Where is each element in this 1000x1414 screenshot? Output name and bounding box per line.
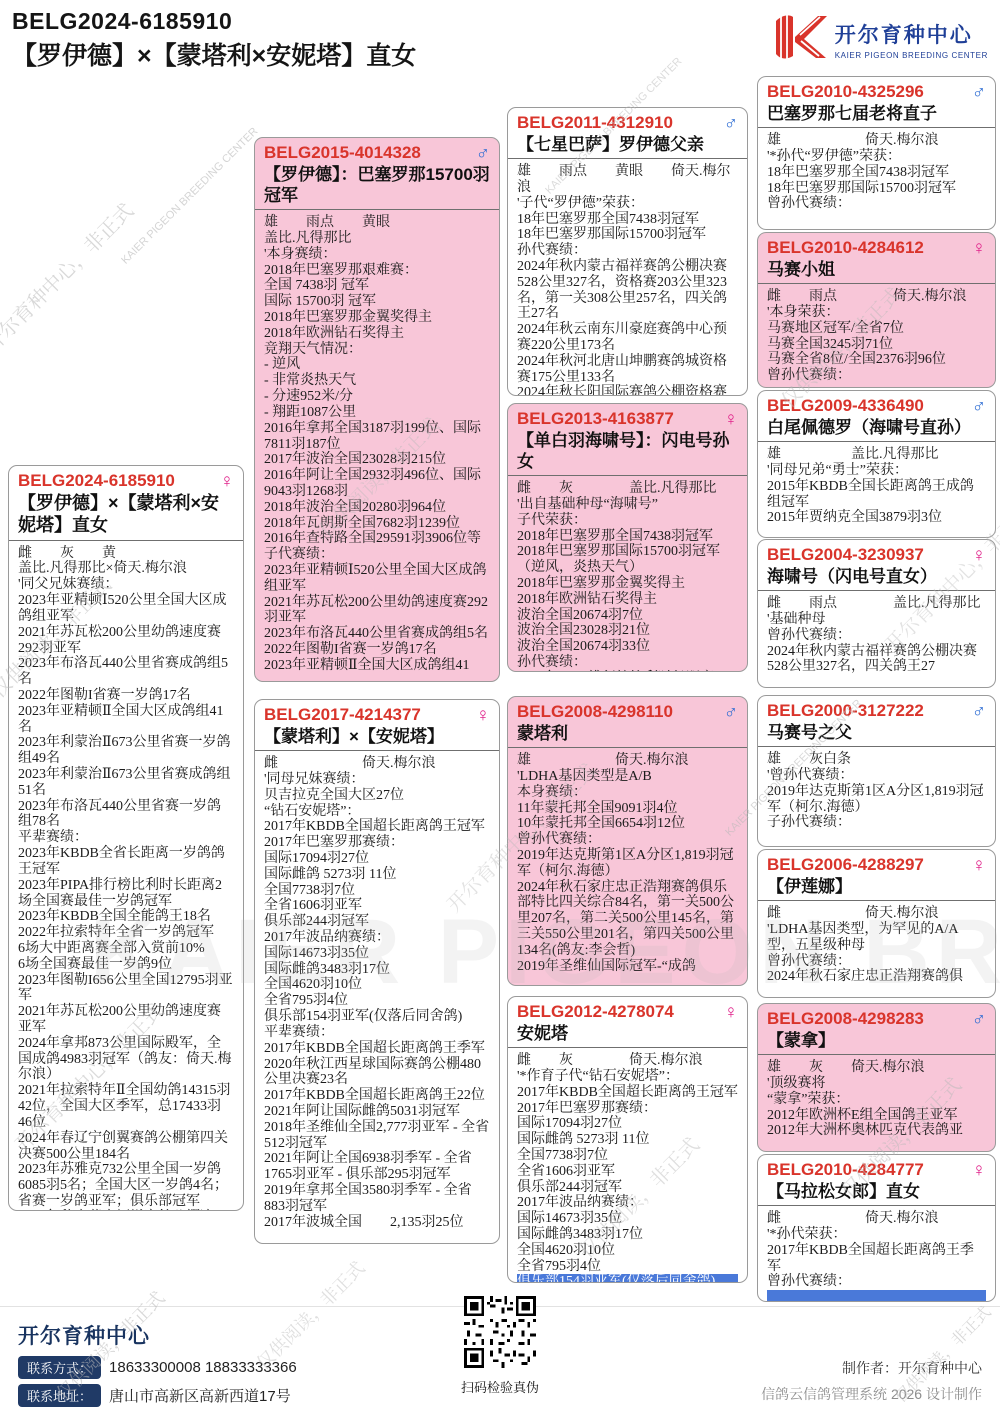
brand-logo: 开尔育种中心 KAIER PIGEON BREEDING CENTER [773,14,988,65]
pedigree-line: 2023年利蒙治Ⅱ673公里省赛一岁鸽组49名 [18,735,234,767]
kaier-logo-icon [773,14,827,65]
pedigree-line: '*孙代“罗伊德”荣获： [767,149,986,165]
pedigree-line: 俱乐部244羽冠军 [517,1180,738,1196]
pedigree-line: 2015年KBDB全国长距离鸽王成鸽组冠军 [767,479,986,511]
pedigree-line: 国际雌鸽3483羽17位 [517,1227,738,1243]
pigeon-name: 【罗伊德】：巴塞罗那15700羽冠军 [264,164,490,206]
pedigree-line: 曾孙代赛绩： [767,196,986,212]
pedigree-line: 全国 7438羽 冠军 [264,278,490,294]
pedigree-line: 2021年阿让全国6938羽季军 - 全省1765羽亚军 - 俱乐部295羽冠军 [264,1151,490,1183]
pedigree-line: 2018年巴塞罗那艰难赛： [264,263,490,279]
pedigree-line: 2021年苏瓦松200公里幼鸽速度赛292羽亚军 [264,595,490,627]
footer-contact-row: 联系方式： 18633300008 18833333366 [18,1356,297,1379]
pedigree-line: 2017年KBDB全国超长距离鸽王冠军 [264,819,490,835]
pedigree-line: 2017年KBDB全国超长距离鸽王冠军 [517,1085,738,1101]
brand-name-cn: 开尔育种中心 [835,19,988,49]
pedigree-line: 马赛全省8位/全国2376羽96位 [767,352,986,368]
pedigree-line: 波治全国20674羽33位 [517,639,738,655]
female-icon: ♀ [972,546,986,565]
footer-brand: 开尔育种中心 [18,1320,150,1350]
pedigree-line: 全省795羽4位 [264,993,490,1009]
pedigree-line: '*作育子代“钻石安妮塔”： [517,1069,738,1085]
pedigree-line: 曾孙代赛绩： [767,954,986,970]
pedigree-line: 国际 15700羽 冠军 [264,294,490,310]
pedigree-text: 雌 灰 黄盖比.凡得那比×倚天.梅尔浪'同父兄妹赛绩：2023年亚精顿Ⅰ520公… [9,541,243,1211]
qr-label: 扫码检验真伪 [460,1377,540,1396]
pedigree-line: 2023年PIPA排行榜比利时长距离2 [517,671,738,672]
pedigree-line: - 翔距1087公里 [264,405,490,421]
footer-system-credit: 信鸽云信鸽管理系统 2026 设计制作 [761,1384,982,1404]
pedigree-text: 雌 倚天.梅尔浪'*孙代荣获：2017年KBDB全国超长距离鸽王季军曾孙代赛绩： [758,1206,995,1302]
pedigree-card-gg6: BELG2006-4288297♀【伊莲娜】雌 倚天.梅尔浪'LDHA基因类型，… [757,849,996,998]
pedigree-line: 全省1606羽亚军 [517,1164,738,1180]
pedigree-text: 雌 倚天.梅尔浪'LDHA基因类型，为罕见的A/A型，五星级种母曾孙代赛绩：20… [758,901,995,990]
pedigree-line: 2021年苏瓦松200公里幼鸽速度赛292羽亚军 [18,625,234,657]
pedigree-line: 贝吉拉克全国大区27位 [264,788,490,804]
pedigree-line: 俱乐部244羽冠军 [264,914,490,930]
pedigree-card-gg2: BELG2010-4284612♀马赛小姐雌 雨点 倚天.梅尔浪'本身荣获：马赛… [757,232,996,388]
qr-code-block: 扫码检验真伪 [460,1296,540,1396]
pedigree-line: 2023年亚精顿Ⅰ520公里全国大区成鸽组亚军 [18,593,234,625]
pedigree-line: '基础种母 [767,612,986,628]
pedigree-line: 18年巴塞罗那全国7438羽冠军 [517,212,738,228]
pedigree-line: 2017年巴塞罗那赛绩： [517,1101,738,1117]
pedigree-line: 子代赛绩： [264,547,490,563]
pedigree-line: （逆风，炎热天气） [517,560,738,576]
pedigree-line: - 逆风 [264,357,490,373]
pedigree-line: 2017年波品纳赛绩： [264,930,490,946]
pedigree-line: 2024年秋石家庄忠正浩翔赛鸽俱 [767,969,986,985]
page-title: 【罗伊德】×【蒙塔利×安妮塔】直女 [12,36,416,72]
pedigree-text: 雄 雨点 黄眼 倚天.梅尔浪'子代“罗伊德”荣获：18年巴塞罗那全国7438羽冠… [508,159,747,396]
pedigree-text: 雌 倚天.梅尔浪'同母兄妹赛绩：贝吉拉克全国大区27位“钻石安妮塔”：2017年… [255,751,499,1235]
pedigree-line: 2020年秋江西星球国际赛鸽公棚480公里决赛23名 [264,1057,490,1089]
pedigree-card-gg8: BELG2010-4284777♀【马拉松女郎】直女雌 倚天.梅尔浪'*孙代荣获… [757,1154,996,1302]
watermark-text: 开尔育种中心，非正式 [0,196,139,358]
pedigree-line: 2019年圣维仙国际冠军-“成鸽 [517,959,738,975]
ring-number: BELG2017-4214377 [264,705,421,725]
pedigree-card-subject: BELG2024-6185910♀【罗伊德】×【蒙塔利×安妮塔】直女雌 灰 黄盖… [8,465,244,1211]
pedigree-line: 雌 灰 黄 [18,546,234,562]
pedigree-line: 2019年达克斯第1区A分区1,819羽冠军（柯尔.海德） [517,848,738,880]
pedigree-line: 2023年苏雅克732公里全国一岁鸽6085羽5名；全国大区一岁鸽4名；省赛一岁… [18,1162,234,1209]
pedigree-line: 2016年拿邦全国3187羽199位、国际7811羽187位 [264,421,490,453]
pigeon-name: 【单白羽海啸号】：闪电号孙女 [517,430,738,472]
pedigree-line: 2023年KBDB全国全能鸽王18名 [18,909,234,925]
pigeon-name: 【马拉松女郎】直女 [767,1181,986,1202]
pedigree-line: 雄 倚天.梅尔浪 [517,753,738,769]
pedigree-line: 6场大中距离赛全部入赏前10% [18,941,234,957]
pedigree-line [767,1290,986,1302]
pedigree-card-gg1: BELG2010-4325296♂巴塞罗那七届老将直子雄 倚天.梅尔浪'*孙代“… [757,76,996,230]
pedigree-line: 2023年布洛瓦440公里省赛成鸽组5名 [264,626,490,642]
ring-number: BELG2012-4278074 [517,1002,674,1022]
pedigree-line: 2016年阿让全国2932羽496位、国际9043羽1268羽 [264,468,490,500]
male-icon: ♂ [724,703,738,722]
pedigree-line: '子代“罗伊德”荣获： [517,196,738,212]
pedigree-line: 18年巴塞罗那全国7438羽冠军 [767,165,986,181]
pigeon-name: 【蒙拿】 [767,1030,986,1051]
pedigree-line: 2023年图勒I656公里全国12795羽亚军 [18,973,234,1005]
pigeon-name: 巴塞罗那七届老将直子 [767,103,986,124]
ring-number: BELG2010-4284612 [767,238,924,258]
pedigree-text: 雄 雨点 黄眼盖比.凡得那比'本身赛绩：2018年巴塞罗那艰难赛：全国 7438… [255,210,499,679]
pedigree-line: “蒙拿”荣获： [767,1092,986,1108]
pedigree-line: 2024年秋河北唐山坤鹏赛鸽城资格赛175公里133名 [517,354,738,386]
pedigree-line: '同母兄妹赛绩： [264,772,490,788]
female-icon: ♀ [972,1161,986,1180]
pedigree-line: 雌 倚天.梅尔浪 [264,756,490,772]
pedigree-line: 子代荣获： [517,513,738,529]
pedigree-line: 子孙代赛绩： [767,815,986,831]
pedigree-line: 2022年拉索特年全省一岁鸽冠军 [18,925,234,941]
pedigree-line: 2017年KBDB全国超长距离鸽王季军 [264,1041,490,1057]
pedigree-line: 雌 倚天.梅尔浪 [767,1211,986,1227]
pedigree-line: '同母兄弟“勇士”荣获： [767,463,986,479]
pigeon-name: 白尾佩德罗（海啸号直孙） [767,417,986,438]
pedigree-line: 2023年PIPA排行榜比利时长距离2场全国赛最佳一岁鸽冠军 [18,878,234,910]
footer-address-row: 联系地址： 唐山市高新区高新西道17号 [18,1384,291,1407]
pedigree-line: 18年巴塞罗那国际15700羽冠军 [767,181,986,197]
pedigree-line: 雄 雨点 黄眼 [264,215,490,231]
pedigree-line: 2018年巴塞罗那金翼奖得主 [517,576,738,592]
pedigree-line: 雄 盖比.凡得那比 [767,447,986,463]
ring-number: BELG2009-4336490 [767,396,924,416]
male-icon: ♂ [972,397,986,416]
pedigree-line: 2024年秋内蒙古福祥赛鸽公棚决赛528公里327名，资格赛203公里323名，… [517,259,738,322]
page-ring-number: BELG2024-6185910 [12,8,232,35]
pedigree-line: 2024年拿邦873公里国际殿军，全国成鸽4983羽冠军（鸽友：倚天.梅尔浪） [18,1036,234,1083]
pedigree-line: '*孙代荣获： [767,1227,986,1243]
pedigree-line: '曾孙代赛绩： [767,768,986,784]
pedigree-line: '本身赛绩： [264,247,490,263]
pedigree-line: 国际17094羽27位 [517,1116,738,1132]
pedigree-line: 曾孙代赛绩： [517,832,738,848]
pedigree-card-sire: BELG2015-4014328♂【罗伊德】：巴塞罗那15700羽冠军雄 雨点 … [254,137,500,682]
pedigree-line: 2024年春辽宁创翼赛鸽公棚第四关决赛500公里184名 [18,1131,234,1163]
female-icon: ♀ [220,472,234,491]
pedigree-text: 雄 盖比.凡得那比'同母兄弟“勇士”荣获：2015年KBDB全国长距离鸽王成鸽组… [758,442,995,531]
pedigree-line: 全省1606羽亚军 [264,898,490,914]
pedigree-line: 2017年波治全国23028羽215位 [264,452,490,468]
pedigree-line: 雄 灰 倚天.梅尔浪 [767,1060,986,1076]
address-label-badge: 联系地址： [18,1384,101,1407]
pigeon-name: 【蒙塔利】×【安妮塔】 [264,726,490,747]
pigeon-name: 【伊莲娜】 [767,876,986,897]
pedigree-line: 2021年苏瓦松200公里幼鸽速度赛亚军 [18,1004,234,1036]
pedigree-line: 平辈赛绩： [18,830,234,846]
pedigree-line: “钻石安妮塔”： [264,804,490,820]
pedigree-line: 2018年欧洲钻石奖得主 [517,592,738,608]
pedigree-line: 2023年亚精顿Ⅰ520公里全国大区成鸽组亚军 [264,563,490,595]
pedigree-line: 2022年图勒I省赛一岁鸽17名 [264,642,490,658]
pedigree-line: '本身荣获： [767,305,986,321]
female-icon: ♀ [724,410,738,429]
pedigree-line: 2023年亚精顿Ⅱ全国大区成鸽组41名 [18,704,234,736]
pedigree-line: 2018年巴塞罗那全国7438羽冠军 [517,529,738,545]
pedigree-line: 2023年利蒙治Ⅱ673公里省赛成鸽组51名 [18,767,234,799]
pedigree-line: 国际雌鸽 5273羽 11位 [264,867,490,883]
female-icon: ♀ [972,856,986,875]
pedigree-line: 2018年巴塞罗那国际15700羽冠军 [517,544,738,560]
pedigree-line: 雄 倚天.梅尔浪 [767,133,986,149]
pedigree-card-gg3: BELG2009-4336490♂白尾佩德罗（海啸号直孙）雄 盖比.凡得那比'同… [757,390,996,538]
pedigree-line: 2023年KBDB全省长距离一岁鸽鸽王冠军 [18,846,234,878]
female-icon: ♀ [724,1003,738,1022]
pedigree-line: 雄 灰白条 [767,752,986,768]
pedigree-line: 2012年大洲杯奥林匹克代表鸽亚 [767,1123,986,1139]
pigeon-name: 【罗伊德】×【蒙塔利×安妮塔】直女 [18,492,234,537]
pedigree-line: 雄 雨点 黄眼 倚天.梅尔浪 [517,164,738,196]
pedigree-line: 国际17094羽27位 [264,851,490,867]
pedigree-line: 雌 灰 倚天.梅尔浪 [517,1053,738,1069]
male-icon: ♂ [724,114,738,133]
pedigree-line: 全国4620羽10位 [517,1243,738,1259]
pedigree-line: 盖比.凡得那比 [264,231,490,247]
pigeon-name: 海啸号（闪电号直女） [767,566,986,587]
pedigree-line: 2024年秋长阳国际赛鸽公棚资格赛 [517,385,738,396]
pedigree-line: 2021年阿让国际雌鸽5031羽冠军 [264,1104,490,1120]
pedigree-line: 雌 雨点 盖比.凡得那比 [767,596,986,612]
pedigree-line: 'LDHA基因类型，为罕见的A/A型，五星级种母 [767,922,986,954]
ring-number: BELG2008-4298110 [517,702,673,722]
ring-number: BELG2011-4312910 [517,113,673,133]
pedigree-line: 雌 倚天.梅尔浪 [767,906,986,922]
pedigree-line: '顶级赛将 [767,1076,986,1092]
pedigree-text: 雌 雨点 盖比.凡得那比'基础种母曾孙代赛绩：2024年秋内蒙古福祥赛鸽公棚决赛… [758,591,995,680]
pedigree-line: 平辈赛绩： [264,1025,490,1041]
pedigree-line: 2024年秋石家庄忠正浩翔赛鸽俱乐部特比四关综合84名，第一关500公里207名… [517,880,738,959]
pedigree-text: 雄 灰白条'曾孙代赛绩：2019年达克斯第1区A分区1,819羽冠军（柯尔.海德… [758,747,995,836]
pedigree-line: 11年蒙托邦全国9091羽4位 [517,801,738,817]
pedigree-line: 波治全国23028羽21位 [517,623,738,639]
pedigree-line: 2023年布洛瓦440公里省赛一岁鸽组78名 [18,799,234,831]
watermark-text: KAIER PIGEON BREEDING CENTER [119,125,260,266]
pedigree-line: '出自基础种母“海啸号” [517,497,738,513]
pigeon-name: 马赛号之父 [767,722,986,743]
pedigree-line: 2017年波城全国 2,135羽25位 [264,1215,490,1231]
pedigree-line: 曾孙代赛绩： [767,368,986,384]
pedigree-line: 2017年KBDB全国超长距离鸽王季军 [767,1243,986,1275]
pedigree-card-dam-sire: BELG2008-4298110♂蒙塔利雄 倚天.梅尔浪'LDHA基因类型是A/… [507,696,748,986]
pedigree-line: 2015年贾纳克全国3879羽3位 [767,510,986,526]
pedigree-line: 2022年图勒I省赛一岁鸽17名 [18,688,234,704]
ring-number: BELG2008-4298283 [767,1009,924,1029]
pedigree-line: 俱乐部154羽亚军(仅落后同舍鸽) [517,1274,738,1283]
pedigree-line: 2017年巴塞罗那赛绩： [264,835,490,851]
pedigree-line: 2023年亚精顿Ⅱ全国大区成鸽组41 [264,658,490,674]
ring-number: BELG2000-3127222 [767,701,924,721]
pedigree-line: 雌 灰 盖比.凡得那比 [517,481,738,497]
pigeon-name: 【七星巴萨】罗伊德父亲 [517,134,738,155]
contact-label-badge: 联系方式： [18,1356,101,1379]
pedigree-line: 2018年欧洲钻石奖得主 [264,326,490,342]
pedigree-card-sire-dam: BELG2013-4163877♀【单白羽海啸号】：闪电号孙女雌 灰 盖比.凡得… [507,403,748,672]
pedigree-line: 2016年查特路全国29591羽3906位等 [264,531,490,547]
pedigree-line: 2024年秋云南东川豪庭赛鸽中心预赛220公里173名 [517,322,738,354]
pedigree-card-gg4: BELG2004-3230937♀海啸号（闪电号直女）雌 雨点 盖比.凡得那比'… [757,539,996,688]
pedigree-line: 盖比.凡得那比×倚天.梅尔浪 [18,561,234,577]
pedigree-line: 2018年巴塞罗那金翼奖得主 [264,310,490,326]
pedigree-card-gg7: BELG2008-4298283♂【蒙拿】雄 灰 倚天.梅尔浪'顶级赛将“蒙拿”… [757,1003,996,1152]
pedigree-line: 2021年拉索特年Ⅱ全国幼鸽14315羽42位，全国大区季军，总17433羽46… [18,1083,234,1130]
pedigree-line: - 非常炎热天气 [264,373,490,389]
pedigree-text: 雌 雨点 倚天.梅尔浪'本身荣获：马赛地区冠军/全省7位马赛全国3245羽71位… [758,284,995,388]
female-icon: ♀ [972,239,986,258]
ring-number: BELG2006-4288297 [767,855,924,875]
pedigree-card-dam: BELG2017-4214377♀【蒙塔利】×【安妮塔】雌 倚天.梅尔浪'同母兄… [254,699,500,1244]
pedigree-line: 2019年拿邦全国3580羽季军 - 全省883羽冠军 [264,1183,490,1215]
brand-name-en: KAIER PIGEON BREEDING CENTER [835,51,988,60]
pedigree-line: 竞翔天气情况： [264,342,490,358]
pigeon-name: 安妮塔 [517,1023,738,1044]
pedigree-card-gg5: BELG2000-3127222♂马赛号之父雄 灰白条'曾孙代赛绩：2019年达… [757,695,996,847]
pedigree-line: 曾孙代赛绩： [767,628,986,644]
male-icon: ♂ [476,144,490,163]
pedigree-line: 曾孙代赛绩： [767,1274,986,1290]
pedigree-text: 雄 灰 倚天.梅尔浪'顶级赛将“蒙拿”荣获：2012年欧洲杯E组全国鸽王亚军20… [758,1055,995,1144]
pedigree-line: 全国7738羽7位 [517,1148,738,1164]
pedigree-line: 2019年达克斯第1区A分区1,819羽冠军（柯尔.海德） [767,784,986,816]
contact-phone-numbers: 18633300008 18833333366 [109,1359,297,1376]
pedigree-line: 国际雌鸽 5273羽 11位 [517,1132,738,1148]
pedigree-line: - 分速952米/分 [264,389,490,405]
pigeon-name: 蒙塔利 [517,723,738,744]
pedigree-line: 本身赛绩： [517,785,738,801]
pedigree-line: 国际14673羽35位 [517,1211,738,1227]
pedigree-text: 雄 倚天.梅尔浪'*孙代“罗伊德”荣获：18年巴塞罗那全国7438羽冠军18年巴… [758,128,995,217]
pedigree-line: 2018年波治全国20280羽964位 [264,500,490,516]
pedigree-text: 雄 倚天.梅尔浪'LDHA基因类型是A/B本身赛绩：11年蒙托邦全国9091羽4… [508,748,747,979]
pedigree-line: 俱乐部154羽亚军(仅落后同舍鸽) [264,1009,490,1025]
pedigree-line: '同父兄妹赛绩： [18,577,234,593]
pedigree-line: 2024年秋内蒙古福祥赛鸽公棚决赛528公里327名，四关鸽王27 [767,644,986,676]
pedigree-line: 雌 雨点 倚天.梅尔浪 [767,289,986,305]
pedigree-line: 2024年秋内蒙古福祥赛鸽公棚决 [18,1210,234,1211]
pedigree-line: 孙代赛绩： [517,655,738,671]
pedigree-line: 马赛全国3245羽71位 [767,337,986,353]
male-icon: ♂ [972,83,986,102]
pedigree-line: 全省795羽4位 [517,1259,738,1275]
pedigree-line: 'LDHA基因类型是A/B [517,769,738,785]
pedigree-card-sire-sire: BELG2011-4312910♂【七星巴萨】罗伊德父亲雄 雨点 黄眼 倚天.梅… [507,107,748,396]
pedigree-line: 国际14673羽35位 [264,946,490,962]
ring-number: BELG2010-4325296 [767,82,924,102]
female-icon: ♀ [476,706,490,725]
pedigree-line: 马赛地区冠军/全省7位 [767,321,986,337]
pedigree-card-dam-dam: BELG2012-4278074♀安妮塔雌 灰 倚天.梅尔浪'*作育子代“钻石安… [507,996,748,1283]
pedigree-line: 波治全国20674羽7位 [517,608,738,624]
pedigree-line: 2018年圣维仙全国2,777羽亚军 - 全省512羽冠军 [264,1120,490,1152]
pedigree-line: 国际雌鸽3483羽17位 [264,962,490,978]
ring-number: BELG2015-4014328 [264,143,421,163]
ring-number: BELG2004-3230937 [767,545,924,565]
pedigree-text: 雌 灰 倚天.梅尔浪'*作育子代“钻石安妮塔”：2017年KBDB全国超长距离鸽… [508,1048,747,1283]
ring-number: BELG2024-6185910 [18,471,175,491]
pedigree-line: 孙代赛绩： [517,243,738,259]
pedigree-line: 2023年布洛瓦440公里省赛成鸽组5名 [18,656,234,688]
pedigree-line: 10年蒙托邦全国6654羽12位 [517,816,738,832]
pedigree-line: 6场全国赛最佳一岁鸽9位 [18,957,234,973]
male-icon: ♂ [972,1010,986,1029]
footer-maker: 制作者：开尔育种中心 [842,1358,982,1378]
pedigree-line: 2018年瓦朗斯全国7682羽1239位 [264,516,490,532]
male-icon: ♂ [972,702,986,721]
pedigree-line: 全国7738羽7位 [264,883,490,899]
pigeon-name: 马赛小姐 [767,259,986,280]
pedigree-line: 18年巴塞罗那国际15700羽冠军 [517,227,738,243]
pedigree-line: 全国4620羽10位 [264,977,490,993]
qr-code-icon [464,1355,536,1372]
pedigree-text: 雌 灰 盖比.凡得那比'出自基础种母“海啸号”子代荣获：2018年巴塞罗那全国7… [508,476,747,672]
pedigree-line: 2017年KBDB全国超长距离鸽王22位 [264,1088,490,1104]
ring-number: BELG2010-4284777 [767,1160,924,1180]
ring-number: BELG2013-4163877 [517,409,674,429]
pedigree-line: 2017年波品纳赛绩： [517,1195,738,1211]
contact-address: 唐山市高新区高新西道17号 [109,1385,291,1406]
pedigree-line: 2012年欧洲杯E组全国鸽王亚军 [767,1108,986,1124]
